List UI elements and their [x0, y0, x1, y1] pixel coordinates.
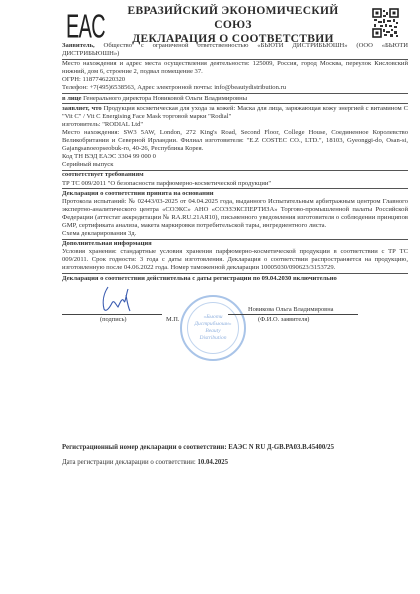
address-line: Место нахождения и адрес места осуществл…	[62, 60, 408, 76]
additional-info-section: Дополнительная информация Условия хранен…	[62, 240, 408, 274]
validity-text: Декларация о соответствии действительна …	[62, 275, 408, 283]
registration-number-label: Регистрационный номер декларации о соотв…	[62, 444, 227, 451]
manufacturer-line: изготовитель: "RODIAL Ltd"	[62, 121, 408, 129]
compliance-text: ТР ТС 009/2011 "О безопасности парфюмерн…	[62, 180, 408, 188]
signature-icon	[100, 285, 134, 315]
validity-section: Декларация о соответствии действительна …	[62, 275, 408, 283]
signer-caption: (Ф.И.О. заявителя)	[258, 316, 309, 324]
address-section: Место нахождения и адрес места осуществл…	[62, 60, 408, 94]
compliance-label: соответствует требованиям	[62, 171, 408, 179]
declaration-page: EAC ЕВРАЗИЙСКИЙ ЭКОНОМИЧЕСКИЙ СОЮЗ ДЕКЛА…	[0, 0, 420, 594]
declaration-body: Заявитель, Общество с ограниченой ответс…	[62, 42, 408, 365]
signature-block: (подпись) М.П. «Бьюти Дистрибьюшн» Beaut…	[62, 285, 408, 365]
basis-label: Декларация о соответствии принята на осн…	[62, 190, 408, 198]
eac-logo: EAC	[66, 8, 105, 44]
signature-line	[62, 314, 162, 315]
compliance-section: соответствует требованиям ТР ТС 009/2011…	[62, 171, 408, 189]
applicant-label: Заявитель,	[62, 42, 95, 49]
representative-label: в лице	[62, 95, 81, 102]
representative-section: в лице Генерального директора Новиковой …	[62, 95, 408, 105]
additional-info-text: Условия хранения: стандартные условия хр…	[62, 248, 408, 272]
stamp-label: М.П.	[166, 316, 180, 324]
declares-label: заявляет, что	[62, 105, 102, 112]
stamp-inner-ring	[187, 302, 239, 354]
qr-code-icon	[372, 8, 399, 38]
registration-number-row: Регистрационный номер декларации о соотв…	[62, 444, 408, 451]
applicant-section: Заявитель, Общество с ограниченой ответс…	[62, 42, 408, 60]
declares-section: заявляет, что Продукция косметическая дл…	[62, 105, 408, 171]
basis-section: Декларация о соответствии принята на осн…	[62, 190, 408, 240]
product-description: Продукция косметическая для ухода за кож…	[62, 105, 408, 120]
declaration-scheme: Схема декларирования 3д.	[62, 230, 408, 238]
representative-text: Генерального директора Новиковой Ольги В…	[81, 95, 247, 102]
company-stamp: «Бьюти Дистрибьюшн» Beauty Distribution	[180, 295, 246, 361]
applicant-text: Общество с ограниченой ответственностью …	[62, 42, 408, 57]
contact-line: Телефон: +7(495)6538563, Адрес электронн…	[62, 84, 408, 92]
registration-date-row: Дата регистрации декларации о соответств…	[62, 459, 408, 466]
registration-number-value: ЕАЭС N RU Д-GB.РА03.В.45400/25	[227, 444, 334, 451]
document-title: ЕВРАЗИЙСКИЙ ЭКОНОМИЧЕСКИЙ СОЮЗ ДЕКЛАРАЦИ…	[118, 4, 348, 46]
basis-text: Протокола испытаний: № 02443/03-2025 от …	[62, 198, 408, 230]
signer-name-line	[228, 314, 358, 315]
additional-info-label: Дополнительная информация	[62, 240, 408, 248]
release-type: Серийный выпуск	[62, 161, 408, 169]
signer-name: Новикова Ольга Владимировна	[248, 306, 333, 314]
registration-date-value: 10.04.2025	[196, 459, 228, 466]
hs-code: Код ТН ВЭД ЕАЭС 3304 99 000 0	[62, 153, 408, 161]
title-union: ЕВРАЗИЙСКИЙ ЭКОНОМИЧЕСКИЙ СОЮЗ	[118, 4, 348, 32]
manufacturer-location: Место нахождения: SW3 5AW, London, 272 K…	[62, 129, 408, 153]
registration-date-label: Дата регистрации декларации о соответств…	[62, 459, 196, 466]
signature-caption: (подпись)	[100, 316, 127, 324]
ogrn: ОГРН: 1187746220320	[62, 76, 408, 84]
